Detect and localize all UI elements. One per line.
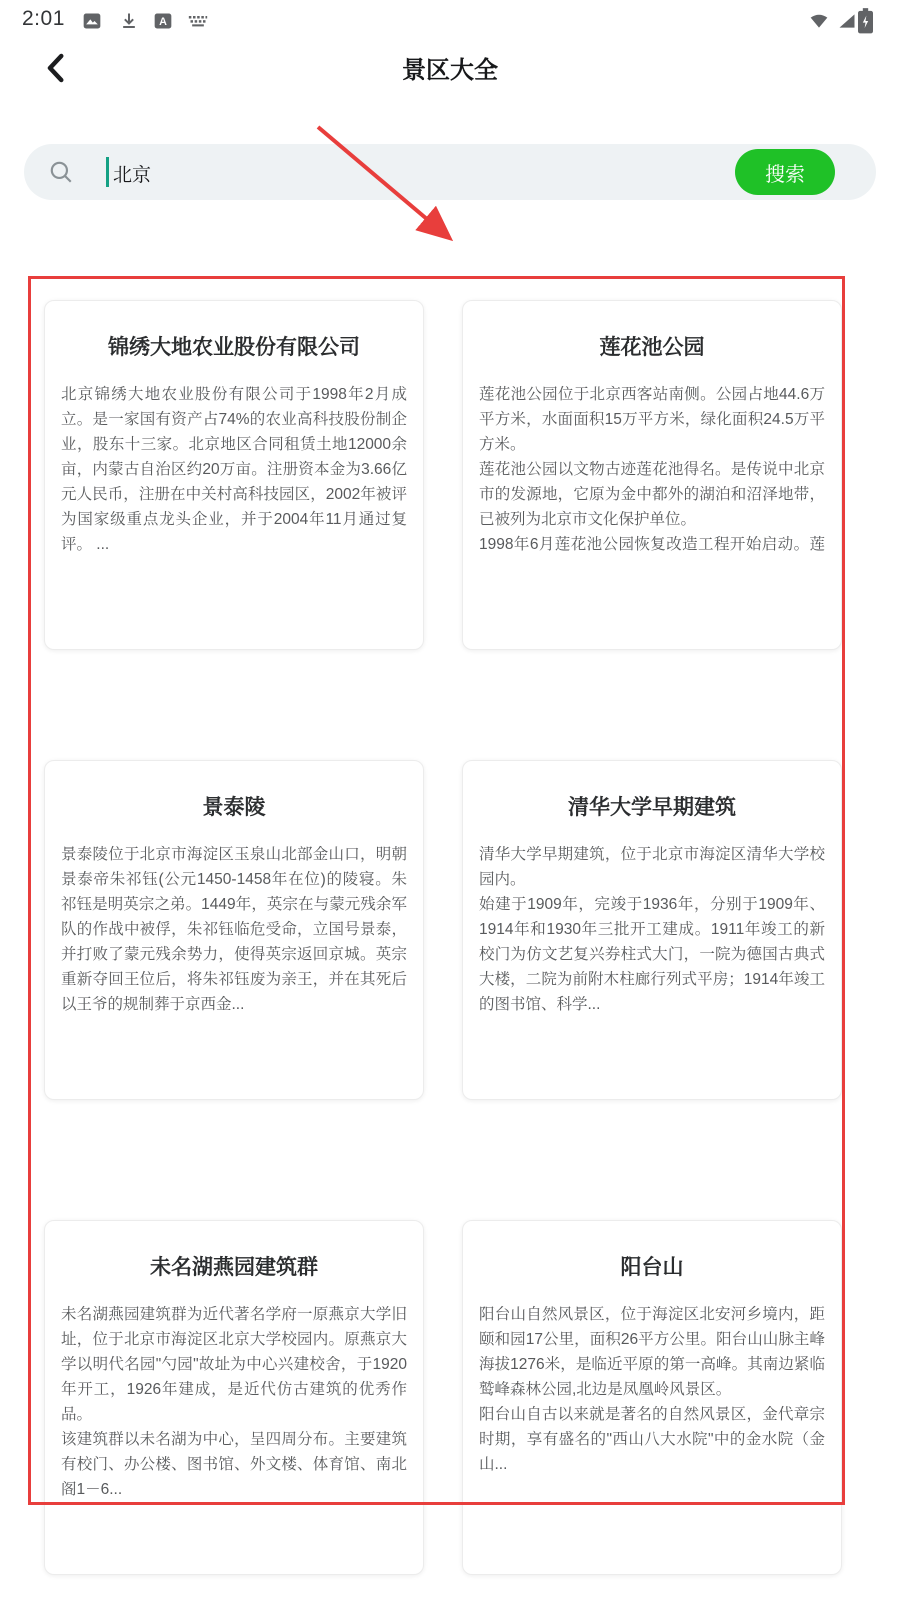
card-title: 阳台山 — [463, 1251, 841, 1281]
card-description: 莲花池公园位于北京西客站南侧。公园占地44.6万平方米，水面面积15万平方米，绿… — [479, 382, 825, 560]
scenic-card-yangtaishan[interactable]: 阳台山 阳台山自然风景区，位于海淀区北安河乡境内，距颐和园17公里，面积26平方… — [462, 1220, 842, 1575]
page-title: 景区大全 — [0, 50, 900, 85]
clock: 2:01 — [22, 7, 65, 31]
search-input[interactable]: 北京 搜索 — [24, 144, 876, 200]
scenic-card-qinghua[interactable]: 清华大学早期建筑 清华大学早期建筑，位于北京市海淀区清华大学校园内。 始建于19… — [462, 760, 842, 1100]
card-description: 北京锦绣大地农业股份有限公司于1998年2月成立。是一家国有资产占74%的农业高… — [61, 382, 407, 557]
search-icon — [48, 159, 74, 185]
battery-charging-icon — [858, 8, 873, 34]
text-cursor — [106, 157, 109, 187]
card-title: 清华大学早期建筑 — [463, 791, 841, 821]
card-title: 锦绣大地农业股份有限公司 — [45, 331, 423, 361]
keyboard-icon — [188, 14, 208, 28]
card-title: 景泰陵 — [45, 791, 423, 821]
card-description: 未名湖燕园建筑群为近代著名学府一原燕京大学旧址，位于北京市海淀区北京大学校园内。… — [61, 1302, 407, 1502]
photo-icon — [82, 11, 102, 31]
search-query-text: 北京 — [113, 160, 151, 187]
svg-text:A: A — [159, 16, 167, 28]
card-description: 景泰陵位于北京市海淀区玉泉山北部金山口，明朝景泰帝朱祁钰(公元1450-1458… — [61, 842, 407, 1017]
status-bar: 2:01 A — [0, 0, 900, 40]
card-title: 未名湖燕园建筑群 — [45, 1251, 423, 1281]
letter-a-icon: A — [153, 11, 173, 31]
card-description: 清华大学早期建筑，位于北京市海淀区清华大学校园内。 始建于1909年，完竣于19… — [479, 842, 825, 1017]
wifi-icon — [806, 11, 832, 31]
scenic-card-jingtailing[interactable]: 景泰陵 景泰陵位于北京市海淀区玉泉山北部金山口，明朝景泰帝朱祁钰(公元1450-… — [44, 760, 424, 1100]
scenic-card-jinxiudadi[interactable]: 锦绣大地农业股份有限公司 北京锦绣大地农业股份有限公司于1998年2月成立。是一… — [44, 300, 424, 650]
card-title: 莲花池公园 — [463, 331, 841, 361]
scenic-card-weiminghu[interactable]: 未名湖燕园建筑群 未名湖燕园建筑群为近代著名学府一原燕京大学旧址，位于北京市海淀… — [44, 1220, 424, 1575]
card-description: 阳台山自然风景区，位于海淀区北安河乡境内，距颐和园17公里，面积26平方公里。阳… — [479, 1302, 825, 1477]
search-button[interactable]: 搜索 — [735, 149, 835, 195]
cellular-signal-icon — [837, 11, 857, 31]
scenic-card-lianhuachi[interactable]: 莲花池公园 莲花池公园位于北京西客站南侧。公园占地44.6万平方米，水面面积15… — [462, 300, 842, 650]
header: 景区大全 — [0, 44, 900, 92]
download-icon — [119, 11, 139, 31]
app-screen: 2:01 A 景区大全 北京 — [0, 0, 900, 1600]
